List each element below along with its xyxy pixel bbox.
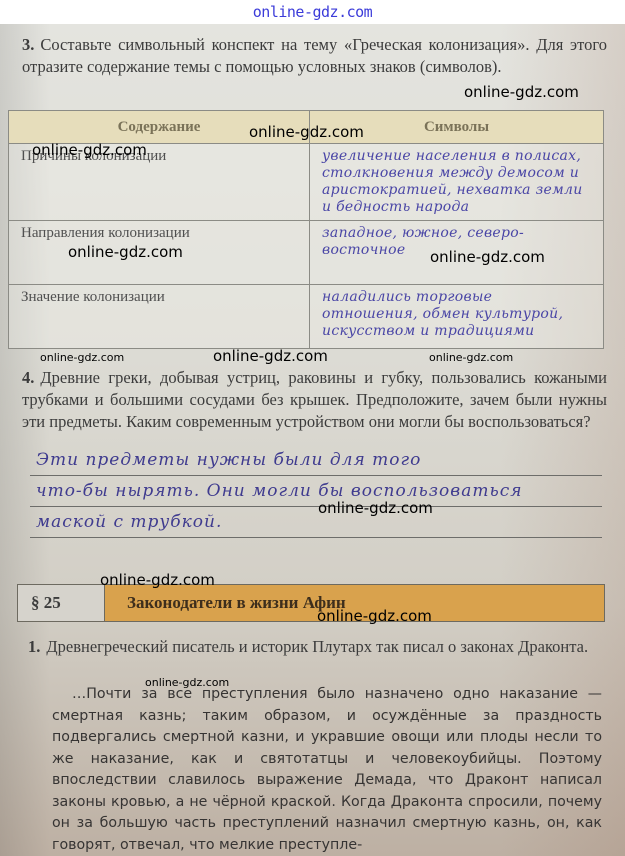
table-row: Значение колонизации наладились торговые… [9,285,604,349]
row-content: Значение колонизации [9,285,310,349]
answer-line: маской с трубкой. [30,507,602,538]
watermark: online-gdz.com [68,243,183,261]
task-number: 4. [22,368,34,387]
watermark: online-gdz.com [145,676,229,689]
watermark: online-gdz.com [100,571,215,589]
row-symbols: увеличение населения в полисах, столкнов… [310,144,604,221]
watermark: online-gdz.com [32,141,147,159]
watermark: online-gdz.com [213,347,328,365]
section-number: § 25 [18,585,105,621]
task-text: Составьте символьный конспект на тему «Г… [22,35,607,76]
task-4: 4.Древние греки, добывая устриц, раковин… [22,367,607,433]
task-text: Древнегреческий писатель и историк Плута… [46,637,588,656]
top-watermark: online-gdz.com [0,0,625,24]
watermark: online-gdz.com [430,248,545,266]
section-header: § 25 Законодатели в жизни Афин [17,584,605,622]
watermark: online-gdz.com [464,83,579,101]
answer-line: Эти предметы нужны были для того [30,445,602,476]
answer-lines: Эти предметы нужны были для того что-бы … [30,445,602,538]
task-number: 1. [28,637,40,656]
plutarch-quote: …Почти за все преступления было назначен… [52,684,602,856]
watermark: online-gdz.com [429,351,513,364]
task-text: Древние греки, добывая устриц, раковины … [22,368,607,431]
watermark: online-gdz.com [318,499,433,517]
watermark: online-gdz.com [317,607,432,625]
task-number: 3. [22,35,34,54]
row-symbols: наладились торговые отношения, обмен кул… [310,285,604,349]
task-1: 1.Древнегреческий писатель и историк Плу… [28,636,604,658]
watermark: online-gdz.com [249,123,364,141]
watermark: online-gdz.com [40,351,124,364]
task-3: 3.Составьте символьный конспект на тему … [22,34,607,78]
answer-line: что-бы нырять. Они могли бы воспользоват… [30,476,602,507]
